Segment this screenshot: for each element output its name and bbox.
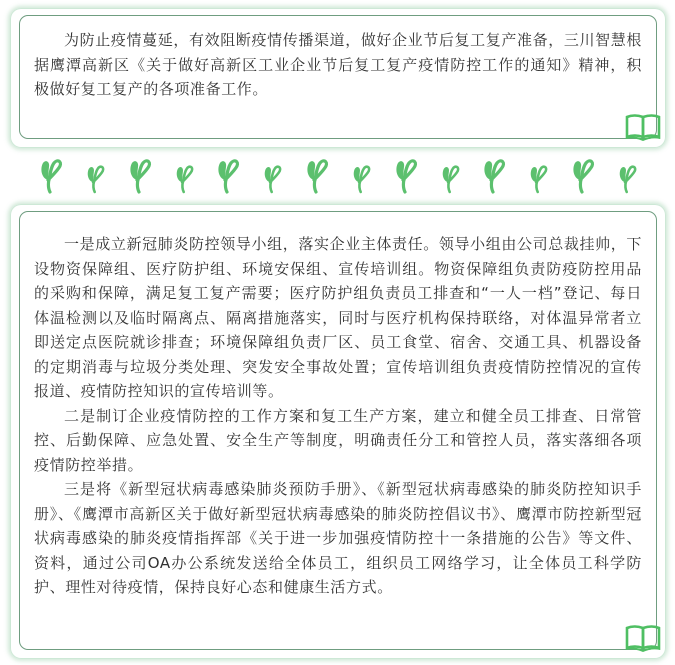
sprout-icon: [215, 158, 241, 194]
sprout-icon: [393, 158, 419, 194]
sprout-icon: [127, 158, 153, 194]
sprout-icon: [617, 164, 638, 194]
intro-card: 为防止疫情蔓延，有效阻断疫情传播渠道，做好企业节后复工复产准备，三川智慧根据鹰潭…: [10, 8, 666, 148]
intro-paragraph: 为防止疫情蔓延，有效阻断疫情传播渠道，做好企业节后复工复产准备，三川智慧根据鹰潭…: [34, 28, 642, 102]
open-book-icon: [624, 111, 662, 141]
sprout-icon: [262, 164, 283, 194]
sprout-icon: [38, 158, 64, 194]
measure-paragraph-1: 一是成立新冠肺炎防控领导小组，落实企业主体责任。领导小组由公司总裁挂帅，下设物资…: [34, 232, 642, 404]
sprout-icon: [351, 164, 372, 194]
sprout-icon: [304, 158, 330, 194]
measures-card-frame: 一是成立新冠肺炎防控领导小组，落实企业主体责任。领导小组由公司总裁挂帅，下设物资…: [19, 211, 657, 650]
sprout-icon: [528, 164, 549, 194]
sprout-icon: [440, 164, 461, 194]
sprout-icon: [570, 158, 596, 194]
intro-card-frame: 为防止疫情蔓延，有效阻断疫情传播渠道，做好企业节后复工复产准备，三川智慧根据鹰潭…: [19, 15, 657, 139]
sprout-icon: [85, 164, 106, 194]
measure-paragraph-2: 二是制订企业疫情防控的工作方案和复工生产方案，建立和健全员工排查、日常管控、后勤…: [34, 404, 642, 478]
open-book-icon: [624, 622, 662, 652]
measures-card: 一是成立新冠肺炎防控领导小组，落实企业主体责任。领导小组由公司总裁挂帅，下设物资…: [10, 204, 666, 659]
sprout-divider: [38, 153, 638, 199]
sprout-icon: [174, 164, 195, 194]
sprout-icon: [481, 158, 507, 194]
measure-paragraph-3: 三是将《新型冠状病毒感染肺炎预防手册》、《新型冠状病毒感染的肺炎防控知识手册》、…: [34, 477, 642, 600]
